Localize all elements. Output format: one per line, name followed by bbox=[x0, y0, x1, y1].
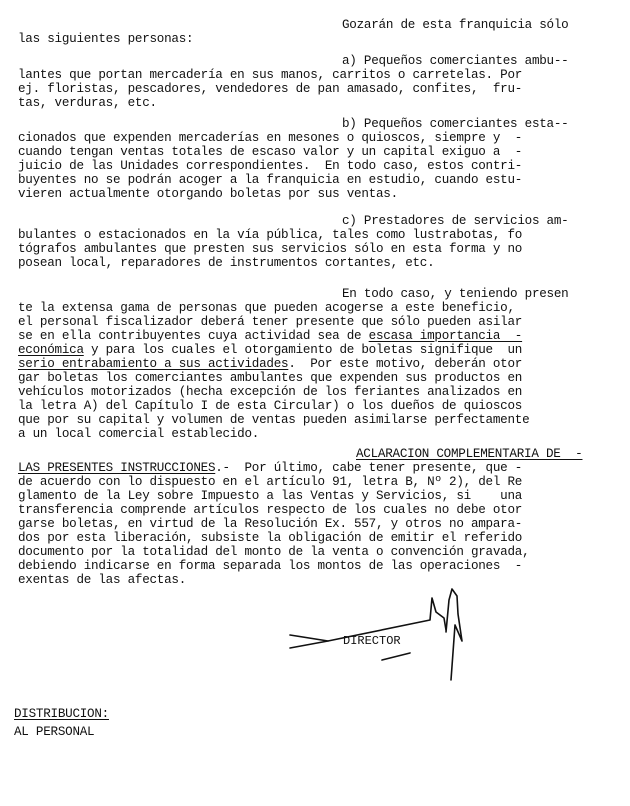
signature-title: DIRECTOR bbox=[343, 634, 401, 648]
distribution-recipient: AL PERSONAL bbox=[14, 725, 94, 739]
signature-scribble-icon bbox=[0, 0, 630, 806]
distribution-heading: DISTRIBUCION: bbox=[14, 707, 109, 721]
distribution-heading-text: DISTRIBUCION: bbox=[14, 707, 109, 721]
